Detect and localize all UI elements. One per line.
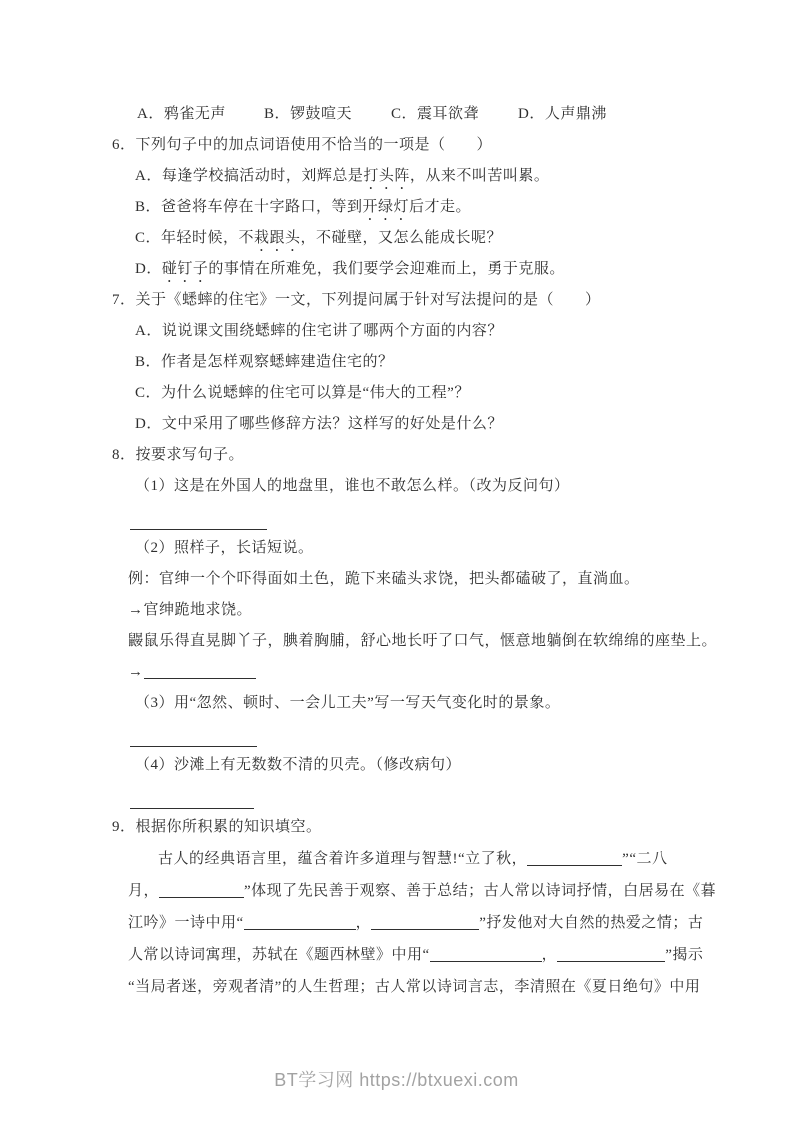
q6-stem: 6．下列句子中的加点词语使用不恰当的一项是（ ） (112, 130, 687, 161)
text-run: 江吟》一诗中用“ (128, 915, 244, 931)
text-run: （1）这是在外国人的地盘里，谁也不敢怎么样。（改为反问句） (135, 478, 570, 494)
q6-option-b: B．爸爸将车停在十字路口，等到开绿灯后才走。 (135, 192, 687, 223)
emphasized-word: 碰钉子 (162, 261, 209, 277)
text-run: 9．根据你所积累的知识填空。 (112, 819, 322, 835)
q7-option-b: B．作者是怎样观察蟋蟀建造住宅的？ (135, 347, 687, 378)
q7-option-c: C．为什么说蟋蟀的住宅可以算是“伟大的工程”？ (135, 378, 687, 409)
text-run: D．文中采用了哪些修辞方法？这样写的好处是什么？ (135, 416, 503, 432)
q9-para-line-3: 江吟》一诗中用“，”抒发他对大自然的热爱之情；古 (128, 907, 687, 939)
text-run: ， (356, 915, 372, 931)
text-run: 月， (128, 883, 159, 899)
text-run: 的事情在所难免，我们要学会迎难而上，勇于克服。 (208, 261, 565, 277)
text-run: 古人的经典语言里，蕴含着许多道理与智慧!“立了秋， (158, 851, 527, 867)
answer-blank (130, 794, 254, 809)
answer-blank (557, 947, 665, 962)
text-run: ， (542, 947, 558, 963)
q8-sub-3: （3）用“忽然、顿时、一会儿工夫”写一写天气变化时的景象。 (135, 688, 687, 719)
answer-blank (244, 915, 356, 930)
q8-example-answer: →官绅跪地求饶。 (128, 595, 687, 626)
q8-example: 例：官绅一个个吓得面如土色，跪下来磕头求饶，把头都磕破了，直淌血。 (128, 564, 687, 595)
q8-sub-4: （4）沙滩上有无数数不清的贝壳。（修改病句） (135, 750, 687, 781)
q9-para-line-1: 古人的经典语言里，蕴含着许多道理与智慧!“立了秋，”“二八 (128, 843, 687, 875)
text-run: 6．下列句子中的加点词语使用不恰当的一项是（ ） (112, 137, 492, 153)
text-run: B．爸爸将车停在十字路口，等到 (135, 199, 363, 215)
text-run: ，从来不叫苦叫累。 (410, 168, 550, 184)
text-run: （2）照样子，长话短说。 (135, 540, 314, 556)
option-item: A．鸦雀无声 (137, 99, 264, 130)
answer-blank (430, 947, 542, 962)
text-run: 例：官绅一个个吓得面如土色，跪下来磕头求饶，把头都磕破了，直淌血。 (128, 571, 640, 587)
text-run: 8．按要求写句子。 (112, 447, 244, 463)
emphasized-word: 打头阵 (363, 168, 410, 184)
q9-para-line-2: 月，”体现了先民善于观察、善于总结；古人常以诗词抒情，白居易在《暮 (128, 875, 687, 907)
document-lines: A．鸦雀无声B．锣鼓喧天C．震耳欲聋D．人声鼎沸6．下列句子中的加点词语使用不恰… (112, 99, 687, 1003)
text-run: C．年轻时候，不 (135, 230, 254, 246)
text-run: 人常以诗词寓理，苏轼在《题西林壁》中用“ (128, 947, 430, 963)
emphasized-word: 开绿灯 (363, 199, 410, 215)
q8-arrow-blank: → (128, 657, 687, 688)
text-run: 鼹鼠乐得直晃脚丫子，腆着胸脯，舒心地长吁了口气，惬意地躺倒在软绵绵的座垫上。 (128, 633, 717, 649)
text-run: “当局者迷，旁观者清”的人生哲理；古人常以诗词言志，李清照在《夏日绝句》中用 (128, 979, 700, 995)
text-run: A．说说课文围绕蟋蟀的住宅讲了哪两个方面的内容？ (135, 323, 503, 339)
q7-stem: 7．关于《蟋蟀的住宅》一文，下列提问属于针对写法提问的是（ ） (112, 285, 687, 316)
option-item: D．人声鼎沸 (518, 99, 607, 130)
text-run: ”揭示 (665, 947, 703, 963)
answer-blank (371, 915, 479, 930)
q7-option-a: A．说说课文围绕蟋蟀的住宅讲了哪两个方面的内容？ (135, 316, 687, 347)
text-run: ”“二八 (622, 851, 667, 867)
answer-blank (159, 883, 244, 898)
watermark-text: BT学习网 https://btxuexi.com (274, 1070, 519, 1090)
q5-options-row: A．鸦雀无声B．锣鼓喧天C．震耳欲聋D．人声鼎沸 (137, 99, 687, 130)
text-run: →官绅跪地求饶。 (128, 602, 252, 618)
text-run: 后才走。 (409, 199, 471, 215)
q7-option-d: D．文中采用了哪些修辞方法？这样写的好处是什么？ (135, 409, 687, 440)
text-run: B．作者是怎样观察蟋蟀建造住宅的？ (135, 354, 394, 370)
q8-sentence: 鼹鼠乐得直晃脚丫子，腆着胸脯，舒心地长吁了口气，惬意地躺倒在软绵绵的座垫上。 (128, 626, 687, 657)
answer-blank (130, 732, 257, 747)
q8-sub-1: （1）这是在外国人的地盘里，谁也不敢怎么样。（改为反问句） (135, 471, 687, 502)
text-run: ”抒发他对大自然的热爱之情；古 (479, 915, 703, 931)
text-run: C．为什么说蟋蟀的住宅可以算是“伟大的工程”？ (135, 385, 470, 401)
text-run: （4）沙滩上有无数数不清的贝壳。（修改病句） (135, 757, 461, 773)
watermark: BT学习网 https://btxuexi.com (0, 1066, 793, 1092)
q9-para-line-4: 人常以诗词寓理，苏轼在《题西林壁》中用“，”揭示 (128, 939, 687, 971)
exam-page: A．鸦雀无声B．锣鼓喧天C．震耳欲聋D．人声鼎沸6．下列句子中的加点词语使用不恰… (0, 0, 793, 1122)
q6-option-d: D．碰钉子的事情在所难免，我们要学会迎难而上，勇于克服。 (135, 254, 687, 285)
q6-option-a: A．每逢学校搞活动时，刘辉总是打头阵，从来不叫苦叫累。 (135, 161, 687, 192)
option-item: B．锣鼓喧天 (264, 99, 391, 130)
q6-option-c: C．年轻时候，不栽跟头，不碰壁，又怎么能成长呢？ (135, 223, 687, 254)
text-run: → (128, 664, 144, 680)
emphasized-word: 栽跟头 (254, 230, 301, 246)
answer-blank (527, 851, 622, 866)
q8-sub-2: （2）照样子，长话短说。 (135, 533, 687, 564)
q9-stem: 9．根据你所积累的知识填空。 (112, 812, 687, 843)
text-run: （3）用“忽然、顿时、一会儿工夫”写一写天气变化时的景象。 (135, 695, 560, 711)
q8-stem: 8．按要求写句子。 (112, 440, 687, 471)
answer-blank (144, 664, 256, 679)
text-run: D． (135, 261, 162, 277)
text-run: A．每逢学校搞活动时，刘辉总是 (135, 168, 363, 184)
answer-blank (130, 515, 267, 530)
text-run: 7．关于《蟋蟀的住宅》一文，下列提问属于针对写法提问的是（ ） (112, 292, 601, 308)
text-run: ，不碰壁，又怎么能成长呢？ (301, 230, 503, 246)
text-run: ”体现了先民善于观察、善于总结；古人常以诗词抒情，白居易在《暮 (244, 883, 716, 899)
option-item: C．震耳欲聋 (391, 99, 518, 130)
q9-para-line-5: “当局者迷，旁观者清”的人生哲理；古人常以诗词言志，李清照在《夏日绝句》中用 (128, 971, 687, 1003)
